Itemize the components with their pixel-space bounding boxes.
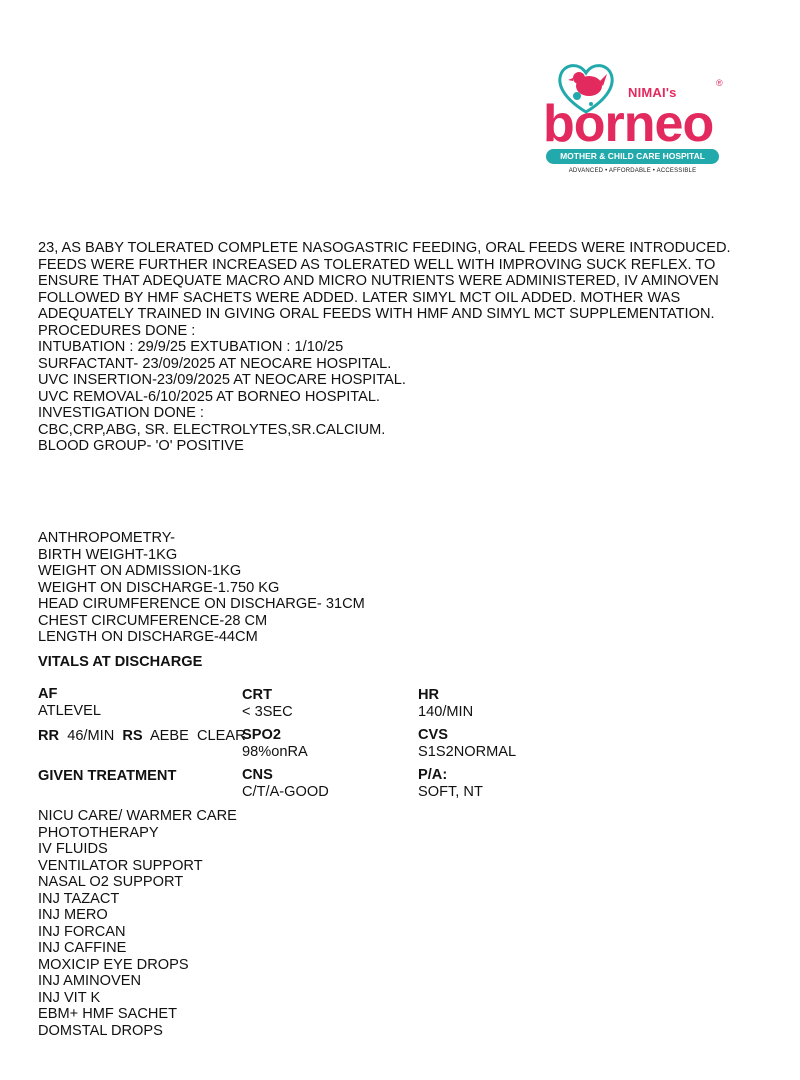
- vital-spo2: SPO2 98%onRA: [242, 727, 308, 761]
- treatment-item: INJ AMINOVEN: [38, 973, 237, 990]
- logo-tagline: ADVANCED • AFFORDABLE • ACCESSIBLE: [546, 168, 719, 174]
- anthropometry-line: ANTHROPOMETRY-: [38, 530, 365, 547]
- vital-label-rs: RS: [122, 728, 142, 744]
- vitals-title: VITALS AT DISCHARGE: [38, 654, 202, 670]
- vital-af: AF ATLEVEL: [38, 686, 101, 720]
- treatment-item: MOXICIP EYE DROPS: [38, 957, 237, 974]
- anthropometry-line: BIRTH WEIGHT-1KG: [38, 547, 365, 564]
- vital-label-rr: RR: [38, 728, 59, 744]
- treatment-item: NICU CARE/ WARMER CARE: [38, 808, 237, 825]
- vital-value: C/T/A-GOOD: [242, 784, 329, 801]
- vital-label: SPO2: [242, 727, 308, 744]
- treatment-item: IV FLUIDS: [38, 841, 237, 858]
- vital-value-rr: 46/MIN: [67, 728, 114, 744]
- anthropometry-line: WEIGHT ON DISCHARGE-1.750 KG: [38, 580, 365, 597]
- vital-rr-rs: RR 46/MIN RS AEBE CLEAR: [38, 728, 246, 745]
- treatment-item: INJ VIT K: [38, 990, 237, 1007]
- course-line: UVC REMOVAL-6/10/2025 AT BORNEO HOSPITAL…: [38, 389, 731, 406]
- vital-cvs: CVS S1S2NORMAL: [418, 727, 516, 761]
- course-line: SURFACTANT- 23/09/2025 AT NEOCARE HOSPIT…: [38, 356, 731, 373]
- anthropometry-line: CHEST CIRCUMFERENCE-28 CM: [38, 613, 365, 630]
- treatment-item: NASAL O2 SUPPORT: [38, 874, 237, 891]
- course-line: ENSURE THAT ADEQUATE MACRO AND MICRO NUT…: [38, 273, 731, 290]
- logo-brand: borneo: [543, 94, 713, 154]
- treatment-item: INJ MERO: [38, 907, 237, 924]
- vital-value: ATLEVEL: [38, 703, 101, 720]
- vital-hr: HR 140/MIN: [418, 687, 473, 721]
- treatment-item: EBM+ HMF SACHET: [38, 1006, 237, 1023]
- anthropometry-line: HEAD CIRUMFERENCE ON DISCHARGE- 31CM: [38, 596, 365, 613]
- treatment-list: NICU CARE/ WARMER CAREPHOTOTHERAPYIV FLU…: [38, 808, 237, 1039]
- vital-pa: P/A: SOFT, NT: [418, 767, 483, 801]
- vital-value: 140/MIN: [418, 704, 473, 721]
- course-line: 23, AS BABY TOLERATED COMPLETE NASOGASTR…: [38, 240, 731, 257]
- treatment-item: VENTILATOR SUPPORT: [38, 858, 237, 875]
- anthropometry-line: LENGTH ON DISCHARGE-44CM: [38, 629, 365, 646]
- logo-subtitle: MOTHER & CHILD CARE HOSPITAL: [546, 149, 719, 164]
- treatment-item: DOMSTAL DROPS: [38, 1023, 237, 1040]
- registered-mark: ®: [716, 78, 723, 88]
- course-line: FOLLOWED BY HMF SACHETS WERE ADDED. LATE…: [38, 290, 731, 307]
- treatment-item: INJ TAZACT: [38, 891, 237, 908]
- treatment-item: INJ FORCAN: [38, 924, 237, 941]
- course-line: CBC,CRP,ABG, SR. ELECTROLYTES,SR.CALCIUM…: [38, 422, 731, 439]
- vital-value: 98%onRA: [242, 744, 308, 761]
- vital-cns: CNS C/T/A-GOOD: [242, 767, 329, 801]
- anthropometry-section: ANTHROPOMETRY-BIRTH WEIGHT-1KGWEIGHT ON …: [38, 530, 365, 646]
- course-line: INTUBATION : 29/9/25 EXTUBATION : 1/10/2…: [38, 339, 731, 356]
- vital-value: SOFT, NT: [418, 784, 483, 801]
- course-line: INVESTIGATION DONE :: [38, 405, 731, 422]
- vital-value-rs: AEBE CLEAR: [150, 728, 246, 744]
- vital-label: P/A:: [418, 767, 483, 784]
- vital-value: < 3SEC: [242, 704, 293, 721]
- anthropometry-line: WEIGHT ON ADMISSION-1KG: [38, 563, 365, 580]
- hospital-logo: NIMAI's borneo ® MOTHER & CHILD CARE HOS…: [540, 58, 730, 183]
- vital-label: CRT: [242, 687, 293, 704]
- vital-value: S1S2NORMAL: [418, 744, 516, 761]
- course-line: PROCEDURES DONE :: [38, 323, 731, 340]
- course-line: FEEDS WERE FURTHER INCREASED AS TOLERATE…: [38, 257, 731, 274]
- course-line: BLOOD GROUP- 'O' POSITIVE: [38, 438, 731, 455]
- course-section: 23, AS BABY TOLERATED COMPLETE NASOGASTR…: [38, 240, 731, 455]
- vital-label: CNS: [242, 767, 329, 784]
- course-line: ADEQUATELY TRAINED IN GIVING ORAL FEEDS …: [38, 306, 731, 323]
- vital-label: CVS: [418, 727, 516, 744]
- vital-label: AF: [38, 686, 101, 703]
- course-line: UVC INSERTION-23/09/2025 AT NEOCARE HOSP…: [38, 372, 731, 389]
- treatment-item: INJ CAFFINE: [38, 940, 237, 957]
- vital-crt: CRT < 3SEC: [242, 687, 293, 721]
- treatment-item: PHOTOTHERAPY: [38, 825, 237, 842]
- vital-label: HR: [418, 687, 473, 704]
- given-treatment-title: GIVEN TREATMENT: [38, 768, 176, 785]
